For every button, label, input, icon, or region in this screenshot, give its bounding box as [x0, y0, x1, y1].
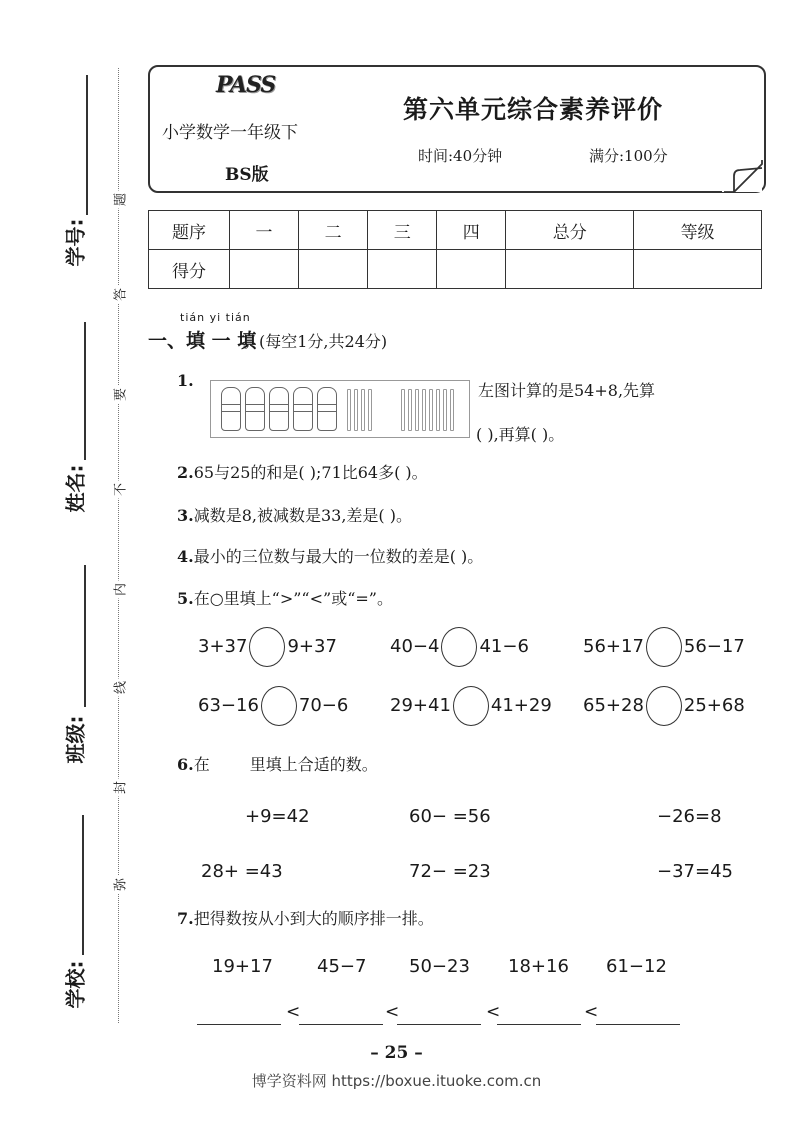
- section-title: 一、填 一 填: [148, 326, 256, 353]
- answer-blank[interactable]: [497, 1024, 581, 1025]
- equation[interactable]: −26=8: [657, 806, 722, 827]
- less-than-sign: <: [486, 1002, 500, 1022]
- score-row-label: 得分: [149, 250, 230, 289]
- less-than-sign: <: [286, 1002, 300, 1022]
- page-curl-icon: [722, 160, 762, 192]
- seal-char: 要: [110, 386, 129, 404]
- name-label: 姓名:: [60, 465, 89, 513]
- stick-icon: [422, 389, 426, 431]
- stick-bundle-icon: [221, 387, 241, 431]
- stick-icon: [401, 389, 405, 431]
- stick-icon: [347, 389, 351, 431]
- equation[interactable]: −37=45: [657, 861, 733, 882]
- equation[interactable]: 60− =56: [409, 806, 491, 827]
- less-than-sign: <: [385, 1002, 399, 1022]
- stick-icon: [354, 389, 358, 431]
- score-cell[interactable]: [506, 250, 634, 289]
- question-number: 2.: [177, 463, 194, 482]
- section-pinyin: tián yi tián: [180, 311, 251, 324]
- question-number: 1.: [177, 371, 194, 390]
- question-number: 5.: [177, 589, 194, 608]
- answer-blank[interactable]: [299, 1024, 383, 1025]
- expression: 61−12: [606, 956, 667, 977]
- grade-label: 小学数学一年级下: [162, 118, 298, 143]
- question-7-text: 把得数按从小到大的顺序排一排。: [194, 909, 434, 928]
- question-3-text: 减数是8,被减数是33,差是( )。: [194, 506, 412, 525]
- equation[interactable]: +9=42: [245, 806, 310, 827]
- page-number: – 25 –: [0, 1043, 793, 1063]
- stick-icon: [368, 389, 372, 431]
- score-table: 题序 一 二 三 四 总分 等级 得分: [148, 210, 762, 289]
- expression: 18+16: [508, 956, 569, 977]
- answer-circle[interactable]: [249, 627, 285, 667]
- full-score: 满分:100分: [589, 145, 668, 166]
- stick-icon: [361, 389, 365, 431]
- table-header-cell: 题序: [149, 211, 230, 250]
- question-6-text-before: 在: [194, 755, 210, 774]
- answer-blank[interactable]: [596, 1024, 680, 1025]
- seal-char: 题: [110, 191, 129, 209]
- question-4-text: 最小的三位数与最大的一位数的差是( )。: [194, 547, 484, 566]
- comparison-item: 3+379+37: [198, 627, 337, 667]
- table-header-cell: 三: [368, 211, 437, 250]
- answer-circle[interactable]: [453, 686, 489, 726]
- seal-char: 弥: [110, 876, 129, 894]
- score-cell[interactable]: [634, 250, 762, 289]
- stick-bundle-icon: [269, 387, 289, 431]
- question-6-text-after: 里填上合适的数。: [250, 755, 378, 774]
- score-cell[interactable]: [437, 250, 506, 289]
- expression: 45−7: [317, 956, 366, 977]
- stick-icon: [443, 389, 447, 431]
- table-header-cell: 一: [230, 211, 299, 250]
- score-cell[interactable]: [299, 250, 368, 289]
- table-header-cell: 四: [437, 211, 506, 250]
- seal-char: 不: [110, 481, 129, 499]
- school-label: 学校:: [60, 961, 89, 1009]
- equation[interactable]: 72− =23: [409, 861, 491, 882]
- section-note: 。(每空1分,共24分): [243, 329, 387, 352]
- stick-bundle-icon: [245, 387, 265, 431]
- question-2-text: 65与25的和是( );71比64多( )。: [194, 463, 428, 482]
- edition-label: BS版: [225, 160, 269, 185]
- student-id-label: 学号:: [60, 219, 89, 267]
- stick-icon: [415, 389, 419, 431]
- equation[interactable]: 28+ =43: [201, 861, 283, 882]
- expression: 50−23: [409, 956, 470, 977]
- counting-sticks-image: [210, 380, 470, 438]
- answer-blank[interactable]: [197, 1024, 281, 1025]
- score-cell[interactable]: [368, 250, 437, 289]
- stick-icon: [436, 389, 440, 431]
- class-line: [84, 565, 86, 707]
- seal-char: 答: [110, 286, 129, 304]
- stick-bundle-icon: [317, 387, 337, 431]
- table-header-cell: 总分: [506, 211, 634, 250]
- question-number: 7.: [177, 909, 194, 928]
- table-row: 得分: [149, 250, 762, 289]
- stick-icon: [429, 389, 433, 431]
- question-1-line1: 左图计算的是54+8,先算: [478, 378, 655, 401]
- stick-icon: [450, 389, 454, 431]
- name-line: [84, 322, 86, 460]
- stick-bundle-icon: [293, 387, 313, 431]
- footer-watermark: 博学资料网 https://boxue.ituoke.com.cn: [0, 1070, 793, 1091]
- page-title: 第六单元综合素养评价: [403, 90, 663, 126]
- time-limit: 时间:40分钟: [418, 145, 502, 166]
- answer-blank[interactable]: [397, 1024, 481, 1025]
- comparison-item: 63−1670−6: [198, 686, 348, 726]
- seal-char: 内: [110, 581, 129, 599]
- student-id-line: [86, 75, 88, 215]
- question-5-text: 在○里填上“>”“<”或“=”。: [194, 589, 393, 608]
- question-1-line2: ( ),再算( )。: [476, 422, 564, 445]
- question-number: 6.: [177, 755, 194, 774]
- comparison-item: 29+4141+29: [390, 686, 552, 726]
- table-header-cell: 二: [299, 211, 368, 250]
- stick-icon: [408, 389, 412, 431]
- class-label: 班级:: [60, 716, 89, 764]
- comparison-item: 56+1756−17: [583, 627, 745, 667]
- question-number: 3.: [177, 506, 194, 525]
- seal-char: 封: [110, 779, 129, 797]
- school-line: [82, 815, 84, 955]
- score-cell[interactable]: [230, 250, 299, 289]
- less-than-sign: <: [584, 1002, 598, 1022]
- answer-circle[interactable]: [261, 686, 297, 726]
- question-number: 4.: [177, 547, 194, 566]
- answer-circle[interactable]: [646, 627, 682, 667]
- table-header-row: 题序 一 二 三 四 总分 等级: [149, 211, 762, 250]
- expression: 19+17: [212, 956, 273, 977]
- answer-circle[interactable]: [441, 627, 477, 667]
- answer-circle[interactable]: [646, 686, 682, 726]
- table-header-cell: 等级: [634, 211, 762, 250]
- comparison-item: 40−441−6: [390, 627, 529, 667]
- pass-logo: PASS: [216, 72, 275, 98]
- comparison-item: 65+2825+68: [583, 686, 745, 726]
- seal-char: 线: [110, 679, 129, 697]
